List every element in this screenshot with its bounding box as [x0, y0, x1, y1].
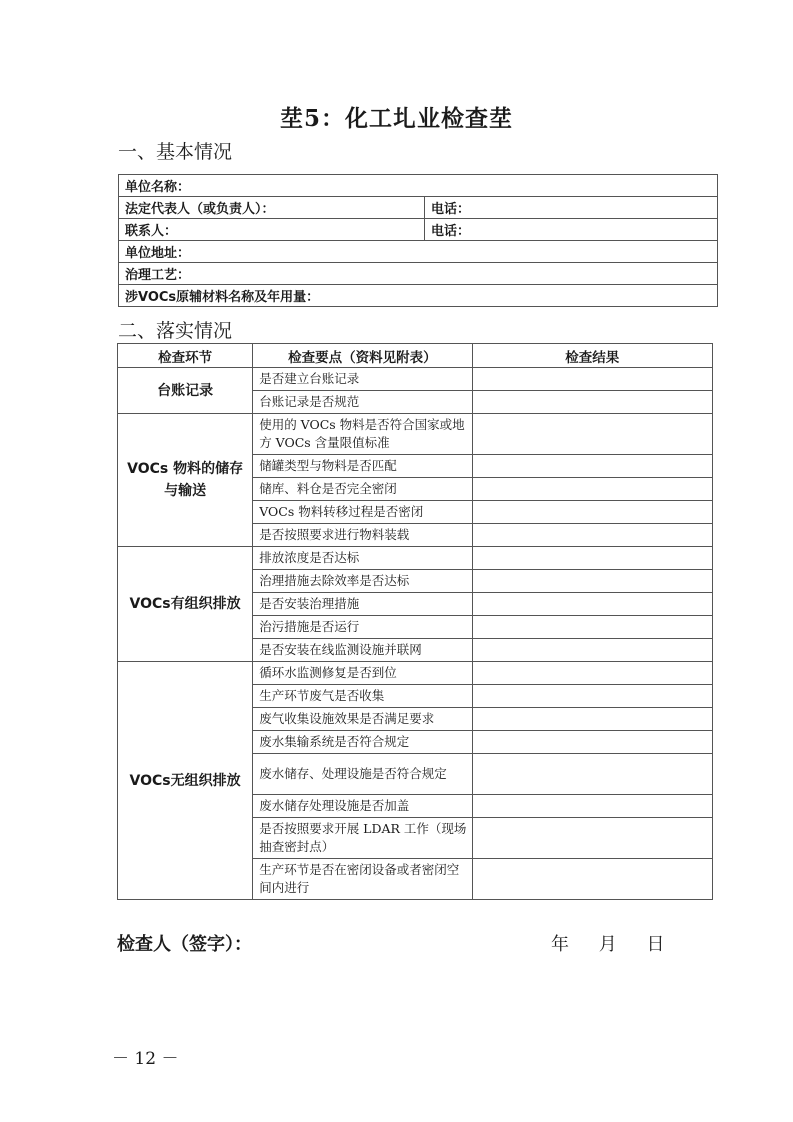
- result-cell[interactable]: [472, 368, 712, 391]
- check-point: 治污措施是否运行: [253, 616, 472, 639]
- table-row: VOCs 物料的储存与输送 使用的 VOCs 物料是否符合国家或地方 VOCs …: [118, 414, 713, 455]
- table-header-row: 检查环节 检查要点（资料见附表） 检查结果: [118, 344, 713, 368]
- check-point: 排放浓度是否达标: [253, 547, 472, 570]
- phone-field-2[interactable]: 电话：: [425, 219, 718, 241]
- result-cell[interactable]: [472, 501, 712, 524]
- page-number: － 12 －: [112, 1044, 178, 1069]
- check-point: 治理措施去除效率是否达标: [253, 570, 472, 593]
- category-organized-emission: VOCs有组织排放: [118, 547, 253, 662]
- legal-rep-field[interactable]: 法定代表人（或负责人）：: [119, 197, 425, 219]
- result-cell[interactable]: [472, 685, 712, 708]
- check-point: 储罐类型与物料是否匹配: [253, 455, 472, 478]
- result-cell[interactable]: [472, 547, 712, 570]
- check-point: 生产环节是否在密闭设备或者密闭空间内进行: [253, 859, 472, 900]
- check-point: 生产环节废气是否收集: [253, 685, 472, 708]
- check-point: 废水储存、处理设施是否符合规定: [253, 754, 472, 795]
- result-cell[interactable]: [472, 795, 712, 818]
- check-point: 台账记录是否规范: [253, 391, 472, 414]
- table-row: VOCs有组织排放 排放浓度是否达标: [118, 547, 713, 570]
- result-cell[interactable]: [472, 455, 712, 478]
- unit-name-field[interactable]: 单位名称：: [119, 175, 718, 197]
- result-cell[interactable]: [472, 570, 712, 593]
- phone-field-1[interactable]: 电话：: [425, 197, 718, 219]
- check-point: 循环水监测修复是否到位: [253, 662, 472, 685]
- result-cell[interactable]: [472, 478, 712, 501]
- result-cell[interactable]: [472, 818, 712, 859]
- materials-field[interactable]: 涉VOCs原辅材料名称及年用量：: [119, 285, 718, 307]
- result-cell[interactable]: [472, 616, 712, 639]
- result-cell[interactable]: [472, 662, 712, 685]
- day-label: 日: [646, 934, 664, 955]
- result-cell[interactable]: [472, 593, 712, 616]
- process-field[interactable]: 治理工艺：: [119, 263, 718, 285]
- table-row: 台账记录 是否建立台账记录: [118, 368, 713, 391]
- date-line: 年 月 日: [551, 930, 688, 956]
- result-cell[interactable]: [472, 859, 712, 900]
- col-header-result: 检查结果: [472, 344, 712, 368]
- category-storage-transport: VOCs 物料的储存与输送: [118, 414, 253, 547]
- check-point: 是否按照要求进行物料装载: [253, 524, 472, 547]
- result-cell[interactable]: [472, 708, 712, 731]
- section-heading-basic: 一、基本情况: [118, 137, 232, 164]
- result-cell[interactable]: [472, 414, 712, 455]
- contact-field[interactable]: 联系人：: [119, 219, 425, 241]
- check-point: 废水集输系统是否符合规定: [253, 731, 472, 754]
- check-point: VOCs 物料转移过程是否密闭: [253, 501, 472, 524]
- check-point: 是否按照要求开展 LDAR 工作（现场抽查密封点）: [253, 818, 472, 859]
- result-cell[interactable]: [472, 731, 712, 754]
- document-title: 坓5：化工圠业检查坓: [0, 100, 793, 133]
- check-point: 是否安装治理措施: [253, 593, 472, 616]
- check-point: 使用的 VOCs 物料是否符合国家或地方 VOCs 含量限值标准: [253, 414, 472, 455]
- section-heading-implementation: 二、落实情况: [118, 316, 232, 343]
- basic-info-table: 单位名称： 法定代表人（或负责人）： 电话： 联系人： 电话： 单位地址： 治理…: [118, 174, 718, 307]
- result-cell[interactable]: [472, 524, 712, 547]
- check-point: 是否安装在线监测设施并联网: [253, 639, 472, 662]
- year-label: 年: [551, 934, 569, 955]
- category-ledger: 台账记录: [118, 368, 253, 414]
- category-fugitive-emission: VOCs无组织排放: [118, 662, 253, 900]
- check-point: 废气收集设施效果是否满足要求: [253, 708, 472, 731]
- col-header-points: 检查要点（资料见附表）: [253, 344, 472, 368]
- address-field[interactable]: 单位地址：: [119, 241, 718, 263]
- month-label: 月: [599, 934, 617, 955]
- table-row: VOCs无组织排放 循环水监测修复是否到位: [118, 662, 713, 685]
- result-cell[interactable]: [472, 639, 712, 662]
- check-point: 废水储存处理设施是否加盖: [253, 795, 472, 818]
- result-cell[interactable]: [472, 754, 712, 795]
- check-point: 是否建立台账记录: [253, 368, 472, 391]
- inspection-table: 检查环节 检查要点（资料见附表） 检查结果 台账记录 是否建立台账记录 台账记录…: [117, 343, 713, 900]
- col-header-stage: 检查环节: [118, 344, 253, 368]
- result-cell[interactable]: [472, 391, 712, 414]
- check-point: 储库、料仓是否完全密闭: [253, 478, 472, 501]
- inspector-signature-label: 检查人（签字）：: [117, 930, 252, 956]
